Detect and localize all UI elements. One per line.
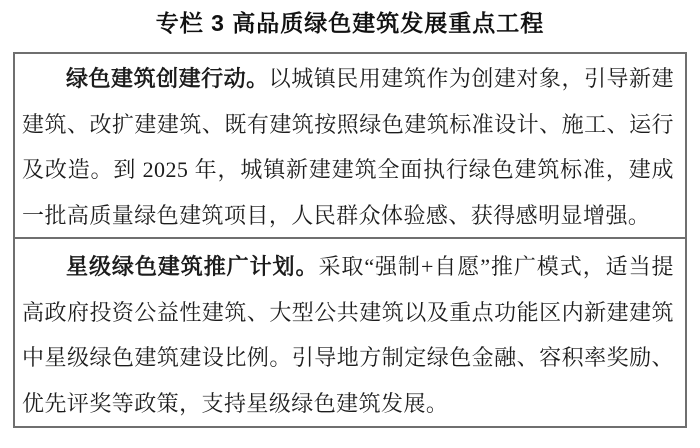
section-1-lead: 绿色建筑创建行动。: [66, 66, 269, 91]
document-page: 专栏 3 高品质绿色建筑发展重点工程 绿色建筑创建行动。以城镇民用建筑作为创建对…: [0, 0, 700, 448]
column-title: 专栏 3 高品质绿色建筑发展重点工程: [0, 5, 700, 38]
section-2-lead: 星级绿色建筑推广计划。: [66, 254, 318, 279]
section-star-rated-promotion: 星级绿色建筑推广计划。采取“强制+自愿”推广模式，适当提高政府投资公益性建筑、大…: [15, 237, 685, 426]
column-box: 绿色建筑创建行动。以城镇民用建筑作为创建对象，引导新建建筑、改扩建建筑、既有建筑…: [13, 52, 687, 428]
section-green-building-creation: 绿色建筑创建行动。以城镇民用建筑作为创建对象，引导新建建筑、改扩建建筑、既有建筑…: [15, 54, 685, 237]
